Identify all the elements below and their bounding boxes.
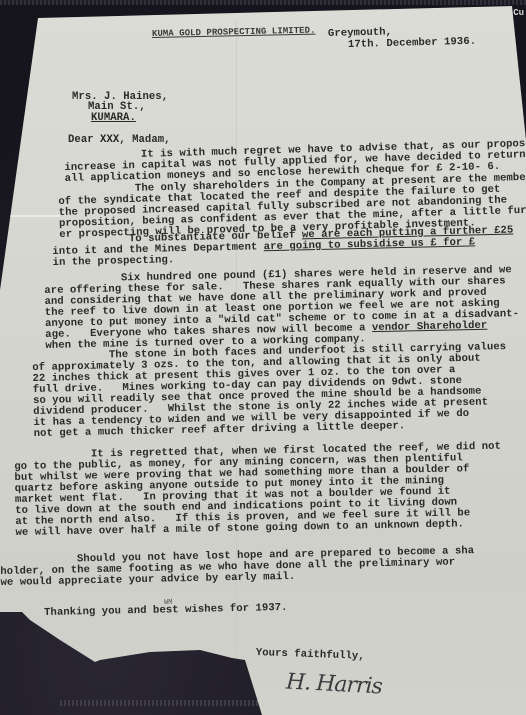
other-paper-label: Cu bbox=[513, 8, 524, 18]
zipper-bottom bbox=[60, 700, 260, 706]
signature: H. Harris bbox=[285, 670, 382, 700]
zipper-top bbox=[0, 0, 526, 5]
valediction: Yours faithfully, bbox=[256, 648, 365, 663]
salutation-struck-out: XXX bbox=[100, 134, 119, 146]
letterhead: KUMA GOLD PROSPECTING LIMITED. bbox=[152, 26, 316, 40]
paragraph-request: Should you not have lost hope and are pr… bbox=[0, 546, 475, 589]
paragraph-shares-offer: Six hundred one pound (£1) shares were h… bbox=[44, 265, 520, 352]
letter-paper: KUMA GOLD PROSPECTING LIMITED. Greymouth… bbox=[0, 0, 526, 715]
closing-wishes: Thanking you and best wishes for 1937. bbox=[44, 603, 288, 619]
recipient-town: KUMARA. bbox=[91, 113, 136, 124]
paragraph-stone-values: The stone in both faces and underfoot is… bbox=[32, 342, 508, 440]
paragraph-regret: It is regretted that, when we first loca… bbox=[14, 442, 503, 539]
text-underlined: vendor Shareholder bbox=[372, 320, 488, 334]
salutation-suffix: , Madam, bbox=[119, 134, 170, 146]
salutation-prefix: Dear bbox=[68, 134, 100, 146]
letter-date: 17th. December 1936. bbox=[348, 37, 476, 51]
salutation: Dear XXX, Madam, bbox=[68, 135, 171, 146]
